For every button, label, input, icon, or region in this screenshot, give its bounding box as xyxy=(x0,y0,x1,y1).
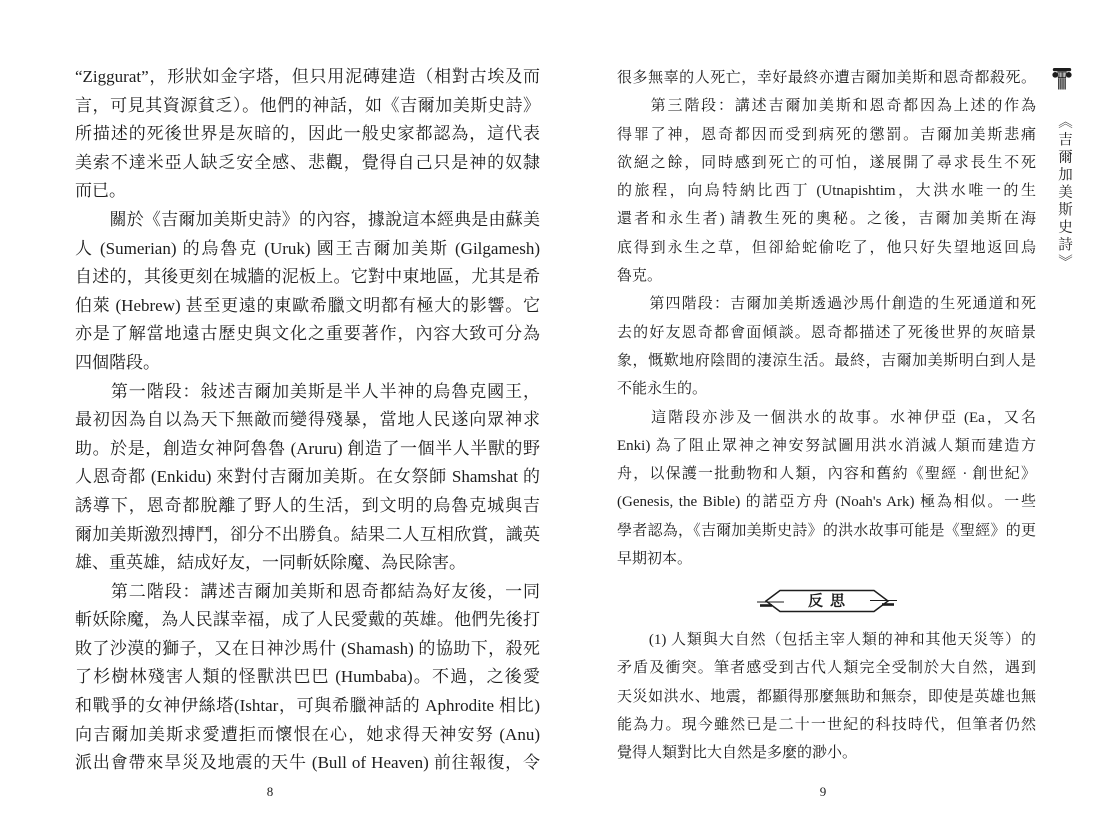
text-line: 得罪了神，恩奇都因而受到病死的懲罰。吉爾加美斯悲痛 xyxy=(617,121,1036,149)
text-line: 四個階段。 xyxy=(75,349,540,378)
text-line: 和戰爭的女神伊絲塔(Ishtar，可與希臘神話的 Aphrodite 相比) xyxy=(75,692,540,721)
text-line: 雄、重英雄，結成好友，一同斬妖除魔、為民除害。 xyxy=(75,549,540,578)
text-line: 派出會帶來旱災及地震的天牛 (Bull of Heaven) 前往報復，令 xyxy=(75,749,540,778)
text-line: 魯克。 xyxy=(617,262,1036,290)
text-line: 人恩奇都 (Enkidu) 來對付吉爾加美斯。在女祭師 Shamshat 的 xyxy=(75,463,540,492)
left-text-column: “Ziggurat”，形狀如金字塔，但只用泥磚建造（相對古埃及而言，可見其資源貧… xyxy=(75,63,540,778)
text-line: 這階段亦涉及一個洪水的故事。水神伊亞 (Ea，又名 xyxy=(617,404,1036,432)
page-number-left: 8 xyxy=(258,784,282,800)
column-icon xyxy=(1051,66,1073,91)
text-line: 所描述的死後世界是灰暗的，因此一般史家都認為，這代表 xyxy=(75,120,540,149)
text-line: “Ziggurat”，形狀如金字塔，但只用泥磚建造（相對古埃及而 xyxy=(75,63,540,92)
text-line: 能為力。現今雖然已是二十一世紀的科技時代，但筆者仍然 xyxy=(617,711,1036,739)
text-line: 去的好友恩奇都會面傾談。恩奇都描述了死後世界的灰暗景 xyxy=(617,319,1036,347)
text-line: 斬妖除魔，為人民謀幸福，成了人民愛戴的英雄。他們先後打 xyxy=(75,606,540,635)
text-line: 天災如洪水、地震，都顯得那麼無助和無奈，即使是英雄也無 xyxy=(617,683,1036,711)
text-line: 不能永生的。 xyxy=(617,375,1036,403)
page-number-right: 9 xyxy=(811,784,835,800)
text-line: 而已。 xyxy=(75,177,540,206)
text-line: 向吉爾加美斯求愛遭拒而懷恨在心，她求得天神安努 (Anu) xyxy=(75,721,540,750)
text-line: 學者認為，《吉爾加美斯史詩》的洪水故事可能是《聖經》的更 xyxy=(617,517,1036,545)
text-line: 人 (Sumerian) 的烏魯克 (Uruk) 國王吉爾加美斯 (Gilgam… xyxy=(75,235,540,264)
text-line: 自述的，其後更刻在城牆的泥板上。它對中東地區，尤其是希 xyxy=(75,263,540,292)
text-line: Enki) 為了阻止眾神之神安努試圖用洪水消滅人類而建造方 xyxy=(617,432,1036,460)
text-line: 第三階段：講述吉爾加美斯和恩奇都因為上述的作為 xyxy=(617,92,1036,120)
text-line: (1) 人類與大自然（包括主宰人類的神和其他天災等）的 xyxy=(617,626,1036,654)
text-line: 還者和永生者) 請教生死的奧秘。之後，吉爾加美斯在海 xyxy=(617,205,1036,233)
chapter-title-vertical: 《吉爾加美斯史詩》 xyxy=(1054,114,1075,272)
text-line: 美索不達米亞人缺乏安全感、悲觀，覺得自己只是神的奴隸 xyxy=(75,149,540,178)
text-line: 很多無辜的人死亡，幸好最終亦遭吉爾加美斯和恩奇都殺死。 xyxy=(617,64,1036,92)
reflection-banner: 反思 xyxy=(617,584,1036,618)
text-line: 助。於是，創造女神阿魯魯 (Aruru) 創造了一個半人半獸的野 xyxy=(75,435,540,464)
text-line: 第四階段：吉爾加美斯透過沙馬什創造的生死通道和死 xyxy=(617,290,1036,318)
text-line: 伯萊 (Hebrew) 甚至更遠的東歐希臘文明都有極大的影響。它 xyxy=(75,292,540,321)
text-line: 亦是了解當地遠古歷史與文化之重要著作，內容大致可分為 xyxy=(75,320,540,349)
chapter-marker: 《吉爾加美斯史詩》 xyxy=(1046,66,1082,326)
text-line: 敗了沙漠的獅子，又在日神沙馬什 (Shamash) 的協助下，殺死 xyxy=(75,635,540,664)
text-line: 關於《吉爾加美斯史詩》的內容，據說這本經典是由蘇美 xyxy=(75,206,540,235)
banner-label: 反思 xyxy=(617,590,1036,611)
text-line: 爾加美斯激烈搏鬥，卻分不出勝負。結果二人互相欣賞，識英 xyxy=(75,521,540,550)
text-line: 誘導下，恩奇都脫離了野人的生活，到文明的烏魯克城與吉 xyxy=(75,492,540,521)
text-line: 矛盾及衝突。筆者感受到古代人類完全受制於大自然，遇到 xyxy=(617,654,1036,682)
text-line: (Genesis, the Bible) 的諾亞方舟 (Noah's Ark) … xyxy=(617,488,1036,516)
right-text-column-bottom: (1) 人類與大自然（包括主宰人類的神和其他天災等）的矛盾及衝突。筆者感受到古代… xyxy=(617,626,1036,767)
right-text-column-top: 很多無辜的人死亡，幸好最終亦遭吉爾加美斯和恩奇都殺死。 第三階段：講述吉爾加美斯… xyxy=(617,64,1036,573)
text-line: 最初因為自以為天下無敵而變得殘暴，當地人民遂向眾神求 xyxy=(75,406,540,435)
text-line: 的旅程，向烏特納比西丁 (Utnapishtim，大洪水唯一的生 xyxy=(617,177,1036,205)
text-line: 言，可見其資源貧乏）。他們的神話，如《吉爾加美斯史詩》 xyxy=(75,92,540,121)
text-line: 第一階段：敍述吉爾加美斯是半人半神的烏魯克國王， xyxy=(75,378,540,407)
text-line: 早期初本。 xyxy=(617,545,1036,573)
text-line: 舟，以保護一批動物和人類，內容和舊約《聖經 · 創世紀》 xyxy=(617,460,1036,488)
text-line: 欲絕之餘，同時感到死亡的可怕，遂展開了尋求長生不死 xyxy=(617,149,1036,177)
text-line: 了杉樹林殘害人類的怪獸洪巴巴 (Humbaba)。不過，之後愛 xyxy=(75,663,540,692)
text-line: 第二階段：講述吉爾加美斯和恩奇都結為好友後，一同 xyxy=(75,578,540,607)
text-line: 覺得人類對比大自然是多麼的渺小。 xyxy=(617,739,1036,767)
text-line: 底得到永生之草，但卻給蛇偷吃了，他只好失望地返回烏 xyxy=(617,234,1036,262)
book-spread: “Ziggurat”，形狀如金字塔，但只用泥磚建造（相對古埃及而言，可見其資源貧… xyxy=(0,0,1102,827)
text-line: 象，慨歎地府陰間的淒涼生活。最終，吉爾加美斯明白到人是 xyxy=(617,347,1036,375)
